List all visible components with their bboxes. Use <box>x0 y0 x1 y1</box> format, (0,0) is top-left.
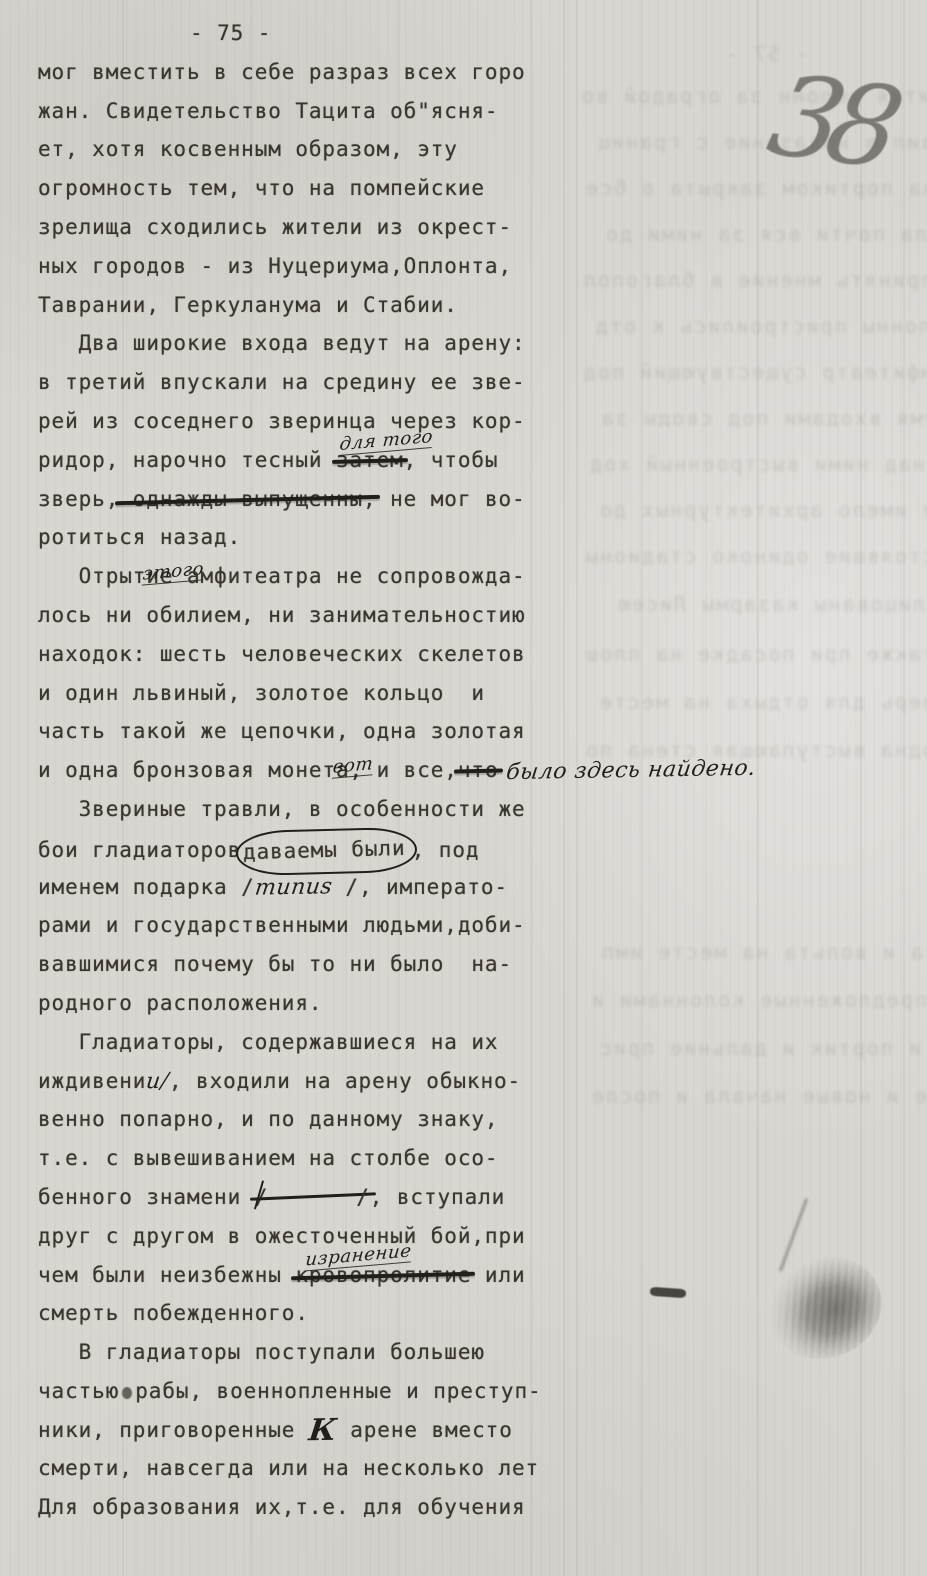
typed-segment: /, императо- <box>332 875 508 899</box>
typed-line: лось ни обилием, ни занимательностию <box>38 596 908 635</box>
typed-line: и один львиный, золотое кольцо и <box>38 674 908 713</box>
typed-segment: иждивени <box>38 1069 146 1093</box>
typed-line: ет, хотя косвенным образом, эту <box>38 130 908 169</box>
typed-line: зрелища сходились жители из окрест- <box>38 208 908 247</box>
typed-line: зверь, однажды выпущенны, не мог во- <box>38 480 908 519</box>
typed-segment: лось ни обилием, ни занимательностию <box>38 603 526 627</box>
paragraph: Отрытиеэтого амфитеатра не сопровожда-ло… <box>38 557 908 790</box>
typed-segment: /, вступали <box>356 1185 505 1209</box>
typed-segment: частью <box>38 1379 119 1403</box>
handwritten-text: и/ <box>144 1062 171 1101</box>
typed-line: частьюрабы, военнопленные и преступ- <box>38 1372 908 1411</box>
typed-line: Два широкие входа ведут на арену: <box>38 324 908 363</box>
typed-line: ротиться назад. <box>38 518 908 557</box>
typed-segment: т.е. с вывешиванием на столбе осо- <box>38 1146 498 1170</box>
document-page: - 57 -считая колонн за оградой вооставил… <box>0 0 927 1576</box>
typed-segment: ет, хотя косвенным образом, эту <box>38 137 458 161</box>
typed-line: бенного знамени //, вступали <box>38 1178 908 1217</box>
typed-segment: друг с другом в ожесточенный бой,при <box>38 1224 526 1248</box>
typed-segment: Для образования их,т.е. для обучения <box>38 1495 526 1519</box>
typed-line: Для образования их,т.е. для обучения <box>38 1488 908 1527</box>
typed-segment: ротиться назад. <box>38 525 241 549</box>
typed-segment: жан. Свидетельство Тацита об"ясня- <box>38 99 498 123</box>
typed-line: часть такой же цепочки, одна золотая <box>38 712 908 751</box>
typed-segment: огромность тем, что на помпейские <box>38 176 485 200</box>
ink-blot <box>122 1387 132 1399</box>
typed-segment: Два широкие входа ведут на арену: <box>38 331 526 355</box>
handwritten-text: было здесь найдено. <box>496 750 758 793</box>
struck-text: однажды выпущенны, <box>119 487 376 511</box>
typed-line: Звериные травли, в особенности же <box>38 790 908 829</box>
typed-segment: родного расположения. <box>38 991 322 1015</box>
typed-line: жан. Свидетельство Тацита об"ясня- <box>38 92 908 131</box>
typed-segment: именем подарка / <box>38 875 255 899</box>
handwritten-text: munus <box>252 868 334 908</box>
typed-segment: смерть побежденного. <box>38 1301 309 1325</box>
corrected-text: что <box>458 758 499 782</box>
typed-segment: или <box>471 1263 525 1287</box>
typed-segment: ных городов - из Нуцериума,Оплонта, <box>38 254 512 278</box>
typed-line: венно попарно, и по данному знаку, <box>38 1100 908 1139</box>
typed-segment: рабы, военнопленные и преступ- <box>135 1379 541 1403</box>
typed-segment: Таврании, Геркуланума и Стабии. <box>38 293 458 317</box>
typed-segment: бенного знамени / <box>38 1185 268 1209</box>
typed-segment: амфитеатра не сопровожда- <box>173 564 525 588</box>
typed-segment: смерти, навсегда или на несколько лет <box>38 1456 539 1480</box>
typed-segment: не мог во- <box>377 487 526 511</box>
typed-segment: чем были неизбежны <box>38 1263 295 1287</box>
paragraph: Звериные травли, в особенности жебои гла… <box>38 790 908 1023</box>
typed-line: находок: шесть человеческих скелетов <box>38 635 908 674</box>
typed-line: ники, приговоренные К арене вместо <box>38 1411 908 1450</box>
typed-line: смерти, навсегда или на несколько лет <box>38 1449 908 1488</box>
typed-segment: рами и государственными людьми,доби- <box>38 913 526 937</box>
typed-line: Гладиаторы, содержавшиеся на их <box>38 1023 908 1062</box>
typed-line: родного расположения. <box>38 984 908 1023</box>
typed-segment: , входили на арену обыкно- <box>169 1069 521 1093</box>
typed-segment: рей из соседнего зверинца через кор- <box>38 409 526 433</box>
typed-line: бои гладиаторовдаваемы были, под <box>38 829 908 868</box>
typed-line: в третий впускали на средину ее зве- <box>38 363 908 402</box>
typed-segment: Гладиаторы, содержавшиеся на их <box>38 1030 498 1054</box>
typed-segment: В гладиаторы поступали большею <box>38 1340 485 1364</box>
typed-line: именем подарка /munus /, императо- <box>38 868 908 907</box>
corrected-text: однажды выпущенны, <box>119 487 376 511</box>
typed-line: т.е. с вывешиванием на столбе осо- <box>38 1139 908 1178</box>
paragraph: Два широкие входа ведут на арену:в трети… <box>38 324 908 557</box>
typed-line: и одна бронзовая монета,вот и все,что бы… <box>38 751 908 790</box>
typed-segment: венно попарно, и по данному знаку, <box>38 1107 498 1131</box>
typed-segment: и все, <box>363 758 458 782</box>
typed-line: огромность тем, что на помпейские <box>38 169 908 208</box>
typed-line: иждивении/, входили на арену обыкно- <box>38 1062 908 1101</box>
corrected-text: затемдля того <box>336 448 404 472</box>
typed-line: рами и государственными людьми,доби- <box>38 906 908 945</box>
typed-segment: бои гладиаторов <box>38 838 241 862</box>
typed-segment: ридор, нарочно тесный <box>38 448 336 472</box>
typed-segment: и один львиный, золотое кольцо и <box>38 681 485 705</box>
typed-segment: мог вместить в себе разраз всех горо <box>38 60 526 84</box>
typed-segment: в третий впускали на средину ее зве- <box>38 370 526 394</box>
typed-segment: часть такой же цепочки, одна золотая <box>38 719 526 743</box>
typed-segment: и одна бронзовая монета, <box>38 758 363 782</box>
page-number: - 75 - <box>38 14 908 53</box>
corrected-text: кровопролитиеизранение <box>295 1263 471 1287</box>
typed-line: рей из соседнего зверинца через кор- <box>38 402 908 441</box>
typed-segment: , чтобы <box>404 448 499 472</box>
typed-line: ридор, нарочно тесный затемдля того, что… <box>38 441 908 480</box>
typed-line: Таврании, Геркуланума и Стабии. <box>38 286 908 325</box>
struck-text: что <box>458 758 499 782</box>
typed-line: друг с другом в ожесточенный бой,при <box>38 1217 908 1256</box>
typed-line: Отрытиеэтого амфитеатра не сопровожда- <box>38 557 908 596</box>
hand-drawn-dash <box>262 1184 362 1208</box>
typed-line: ных городов - из Нуцериума,Оплонта, <box>38 247 908 286</box>
typed-segment: ники, приговоренные <box>38 1418 309 1442</box>
typed-segment: находок: шесть человеческих скелетов <box>38 642 526 666</box>
paragraph: мог вместить в себе разраз всех горожан.… <box>38 53 908 325</box>
typed-segment: арене вместо <box>337 1418 513 1442</box>
typed-line: вавшимися почему бы то ни было на- <box>38 945 908 984</box>
typed-segment: зрелища сходились жители из окрест- <box>38 215 512 239</box>
typed-segment: Звериные травли, в особенности же <box>38 797 526 821</box>
typed-segment: зверь, <box>38 487 119 511</box>
typed-segment: вавшимися почему бы то ни было на- <box>38 952 512 976</box>
typed-line: мог вместить в себе разраз всех горо <box>38 53 908 92</box>
typed-segment: , под <box>412 838 480 862</box>
paragraph: В гладиаторы поступали большеючастьюрабы… <box>38 1333 908 1527</box>
